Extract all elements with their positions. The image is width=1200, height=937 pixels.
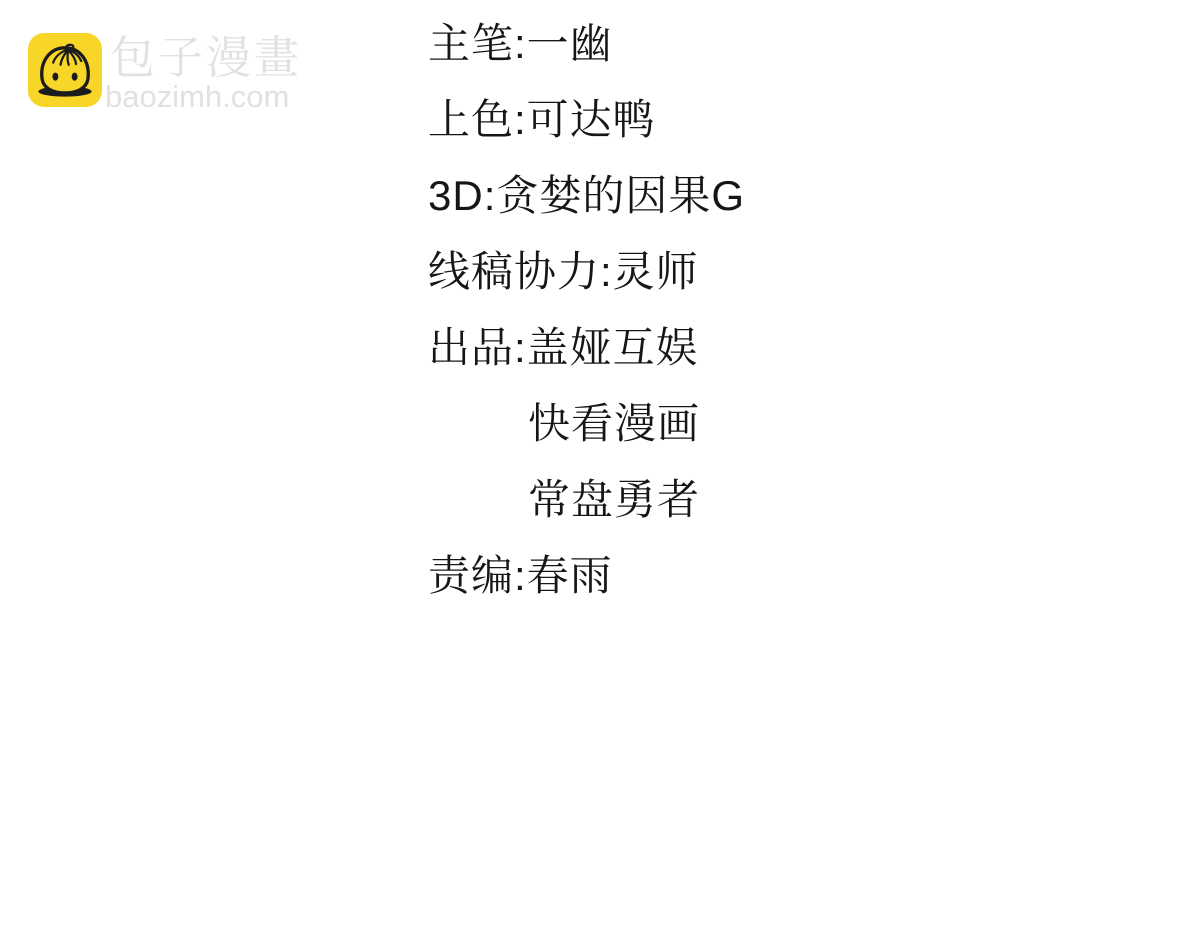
credit-line-lineart-assist: 线稿协力:灵师: [428, 231, 745, 307]
credit-line-producer-2: 快看漫画: [528, 383, 745, 459]
credit-line-3d: 3D:贪婪的因果G: [428, 155, 745, 231]
credit-line-editor: 责编:春雨: [428, 535, 745, 611]
brand-name: 包子漫畫: [110, 35, 302, 80]
credit-line-colorist: 上色:可达鸭: [428, 79, 745, 155]
baozi-bun-face-icon: [28, 33, 102, 107]
credit-line-producer: 出品:盖娅互娱: [428, 307, 745, 383]
credit-line-artist: 主笔:一幽: [428, 3, 745, 79]
credit-line-producer-3: 常盘勇者: [528, 459, 745, 535]
brand-url: baozimh.com: [105, 81, 289, 112]
credits-list: 主笔:一幽 上色:可达鸭 3D:贪婪的因果G 线稿协力:灵师 出品:盖娅互娱 快…: [428, 3, 745, 611]
